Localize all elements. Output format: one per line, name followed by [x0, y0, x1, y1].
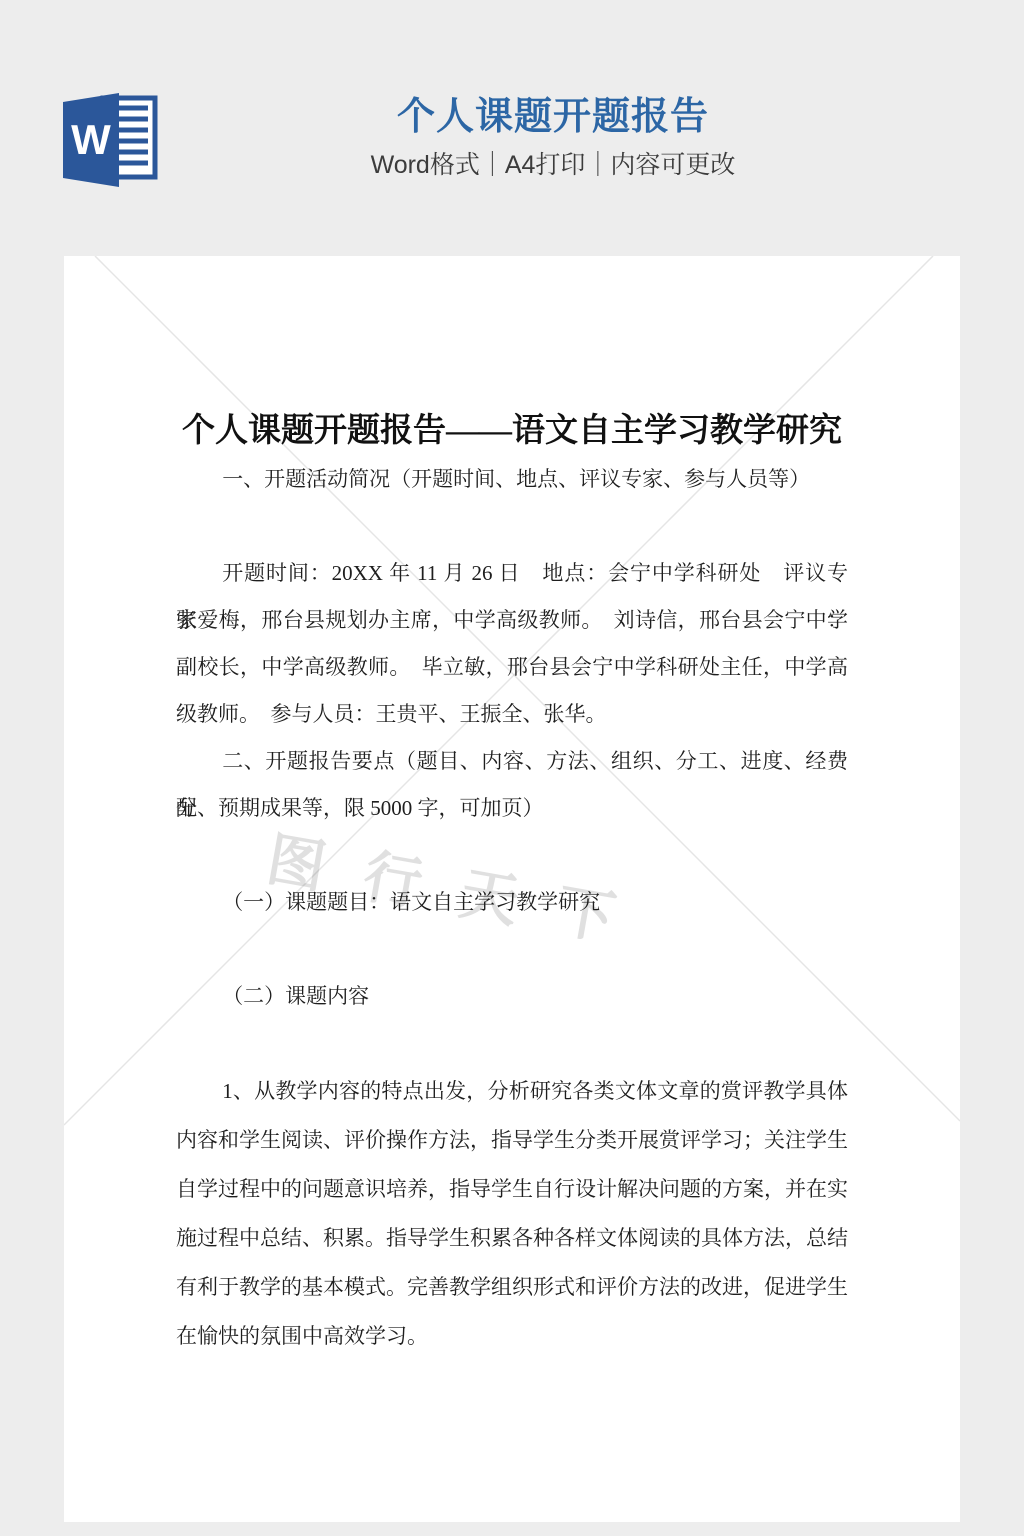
- document-title: 个人课题开题报告——语文自主学习教学研究: [176, 406, 848, 456]
- doc-line: 开题时间：20XX 年 11 月 26 日 地点：会宁中学科研处 评议专家：: [176, 550, 848, 597]
- doc-line: 一、开题活动简况（开题时间、地点、评议专家、参与人员等）: [176, 456, 848, 503]
- doc-blank-line: [176, 503, 848, 550]
- doc-line: 自学过程中的问题意识培养，指导学生自行设计解决问题的方案，并在实: [176, 1165, 848, 1214]
- doc-line: 1、从教学内容的特点出发，分析研究各类文体文章的赏评教学具体: [176, 1067, 848, 1116]
- doc-line: 配、预期成果等，限 5000 字，可加页）: [176, 785, 848, 832]
- doc-line: （一）课题题目：语文自主学习教学研究: [176, 879, 848, 926]
- template-subtitle: Word格式｜A4打印｜内容可更改: [82, 149, 1024, 181]
- doc-line: 内容和学生阅读、评价操作方法，指导学生分类开展赏评学习；关注学生: [176, 1116, 848, 1165]
- doc-line: 施过程中总结、积累。指导学生积累各种各样文体阅读的具体方法，总结: [176, 1214, 848, 1263]
- doc-line: 张爱梅，邢台县规划办主席，中学高级教师。 刘诗信，邢台县会宁中学: [176, 597, 848, 644]
- doc-blank-line: [176, 926, 848, 973]
- document-page: 图行天下 个人课题开题报告——语文自主学习教学研究 一、开题活动简况（开题时间、…: [64, 256, 960, 1522]
- header-text: 个人课题开题报告 Word格式｜A4打印｜内容可更改: [0, 94, 1024, 181]
- template-preview-page: W 个人课题开题报告 Word格式｜A4打印｜内容可更改 图行天下 个人课题开题…: [0, 0, 1024, 1536]
- doc-blank-line: [176, 1020, 848, 1067]
- doc-line: 在愉快的氛围中高效学习。: [176, 1312, 848, 1361]
- header: W 个人课题开题报告 Word格式｜A4打印｜内容可更改: [0, 0, 1024, 256]
- doc-line: 级教师。 参与人员：王贵平、王振全、张华。: [176, 691, 848, 738]
- doc-line: （二）课题内容: [176, 973, 848, 1020]
- doc-line: 有利于教学的基本模式。完善教学组织形式和评价方法的改进，促进学生: [176, 1263, 848, 1312]
- doc-blank-line: [176, 832, 848, 879]
- doc-line: 副校长，中学高级教师。 毕立敏，邢台县会宁中学科研处主任，中学高: [176, 644, 848, 691]
- template-title: 个人课题开题报告: [82, 94, 1024, 140]
- doc-line: 二、开题报告要点（题目、内容、方法、组织、分工、进度、经费分: [176, 738, 848, 785]
